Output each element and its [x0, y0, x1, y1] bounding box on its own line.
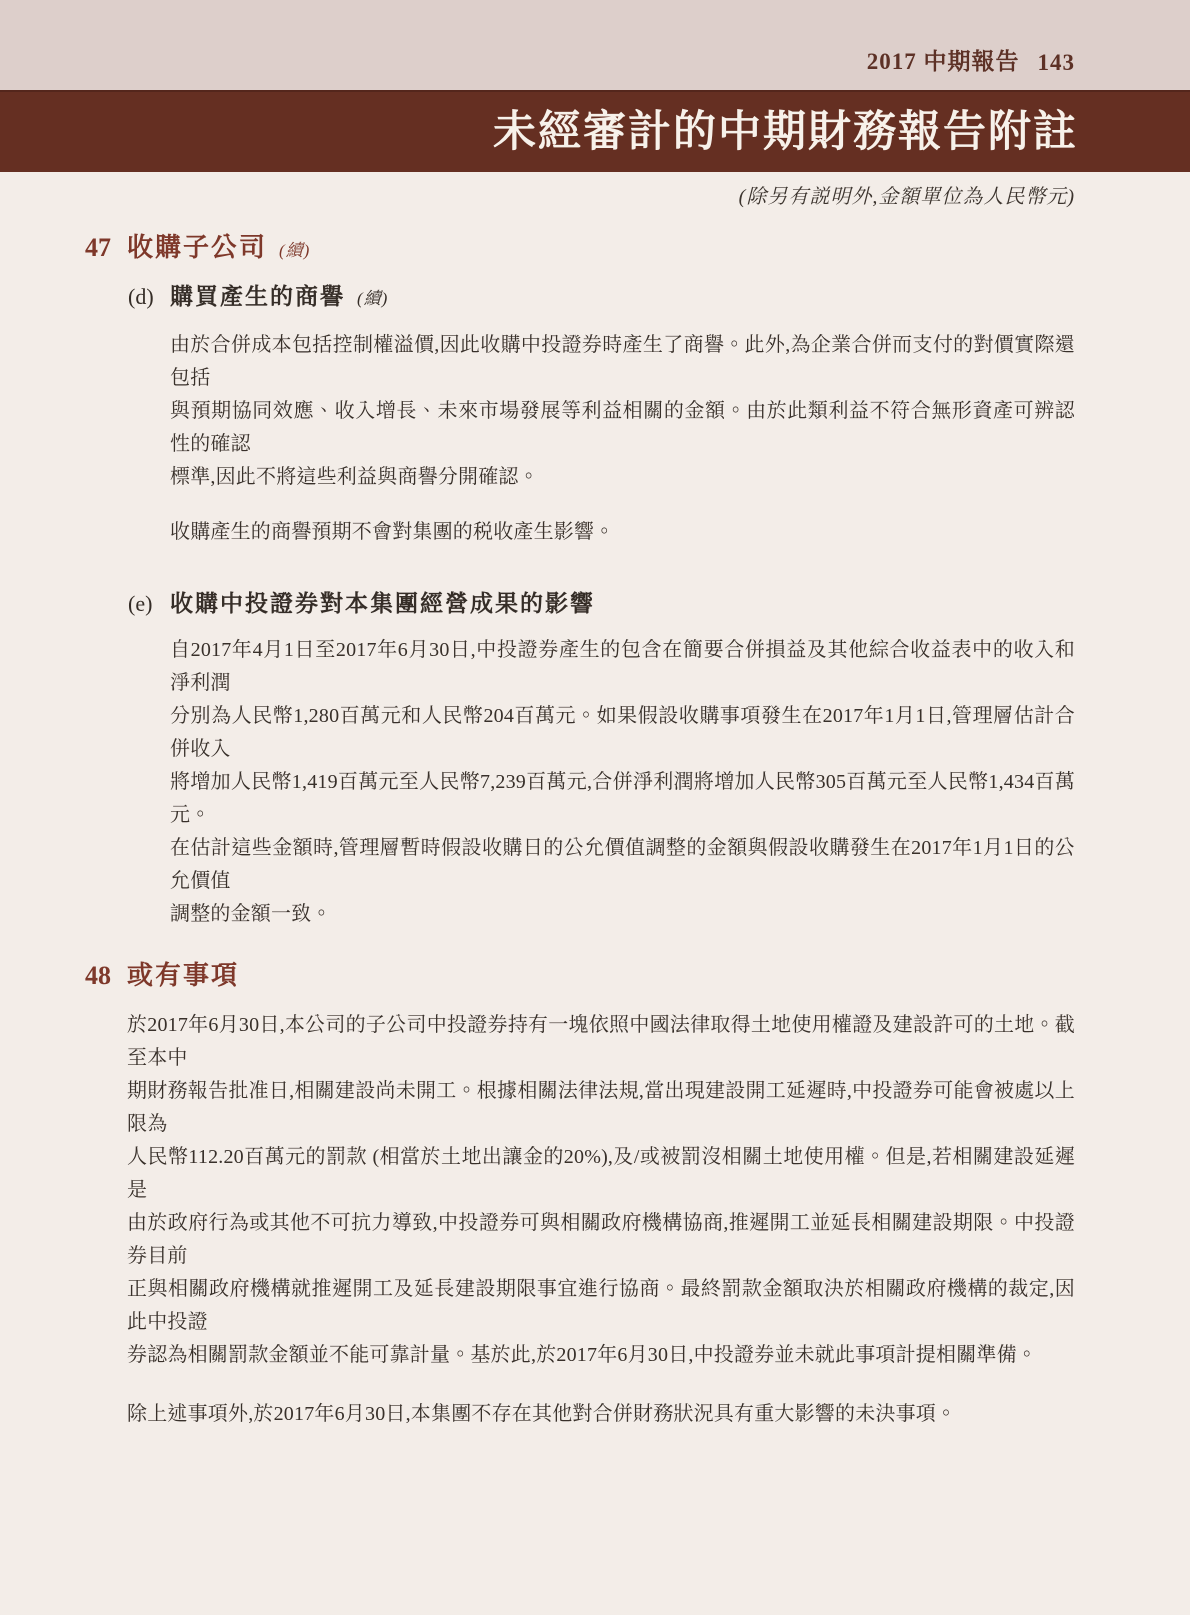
subsection-d-paragraph-1: 由於合併成本包括控制權溢價,因此收購中投證券時產生了商譽。此外,為企業合併而支付… — [170, 329, 1075, 494]
section-47-number: 47 — [85, 233, 127, 263]
section-47-continued-marker: (續) — [279, 236, 310, 261]
subsection-d-heading: (d) 購買產生的商譽 (續) — [128, 278, 1075, 311]
chapter-title: 未經審計的中期財務報告附註 — [493, 111, 1078, 154]
subsection-e-heading: (e) 收購中投證券對本集團經營成果的影響 — [128, 585, 1075, 618]
subsection-e-title: 收購中投證券對本集團經營成果的影響 — [170, 585, 595, 618]
subsection-e-paragraph-1: 自2017年4月1日至2017年6月30日,中投證券產生的包含在簡要合併損益及其… — [170, 634, 1075, 931]
report-page: 2017 中期報告 143 未經審計的中期財務報告附註 (除另有説明外,金額單位… — [0, 0, 1190, 1615]
subsection-d-paragraph-2: 收購產生的商譽預期不會對集團的税收產生影響。 — [170, 516, 1075, 549]
page-number: 143 — [1038, 50, 1076, 76]
subsection-d-continued-marker: (續) — [357, 284, 388, 309]
chapter-title-band: 未經審計的中期財務報告附註 — [0, 90, 1190, 172]
section-47-heading: 47 收購子公司 (續) — [85, 227, 1075, 264]
document-body: 47 收購子公司 (續) (d) 購買產生的商譽 (續) 由於合併成本包括控制權… — [85, 227, 1075, 1431]
section-48-paragraph-1: 於2017年6月30日,本公司的子公司中投證券持有一塊依照中國法律取得土地使用權… — [127, 1009, 1075, 1372]
section-48-paragraph-2: 除上述事項外,於2017年6月30日,本集團不存在其他對合併財務狀況具有重大影響… — [127, 1398, 1075, 1431]
subsection-e-label: (e) — [128, 591, 170, 617]
section-48-number: 48 — [85, 961, 127, 991]
section-48-title: 或有事項 — [127, 955, 239, 992]
section-48-heading: 48 或有事項 — [85, 955, 1075, 992]
report-title-header: 2017 中期報告 — [867, 43, 1020, 76]
section-47-title: 收購子公司 — [127, 227, 267, 264]
subsection-d-label: (d) — [128, 284, 170, 310]
subsection-d-title: 購買產生的商譽 — [170, 278, 345, 311]
page-header-band: 2017 中期報告 143 — [0, 0, 1190, 90]
currency-note: (除另有説明外,金額單位為人民幣元) — [0, 180, 1190, 209]
